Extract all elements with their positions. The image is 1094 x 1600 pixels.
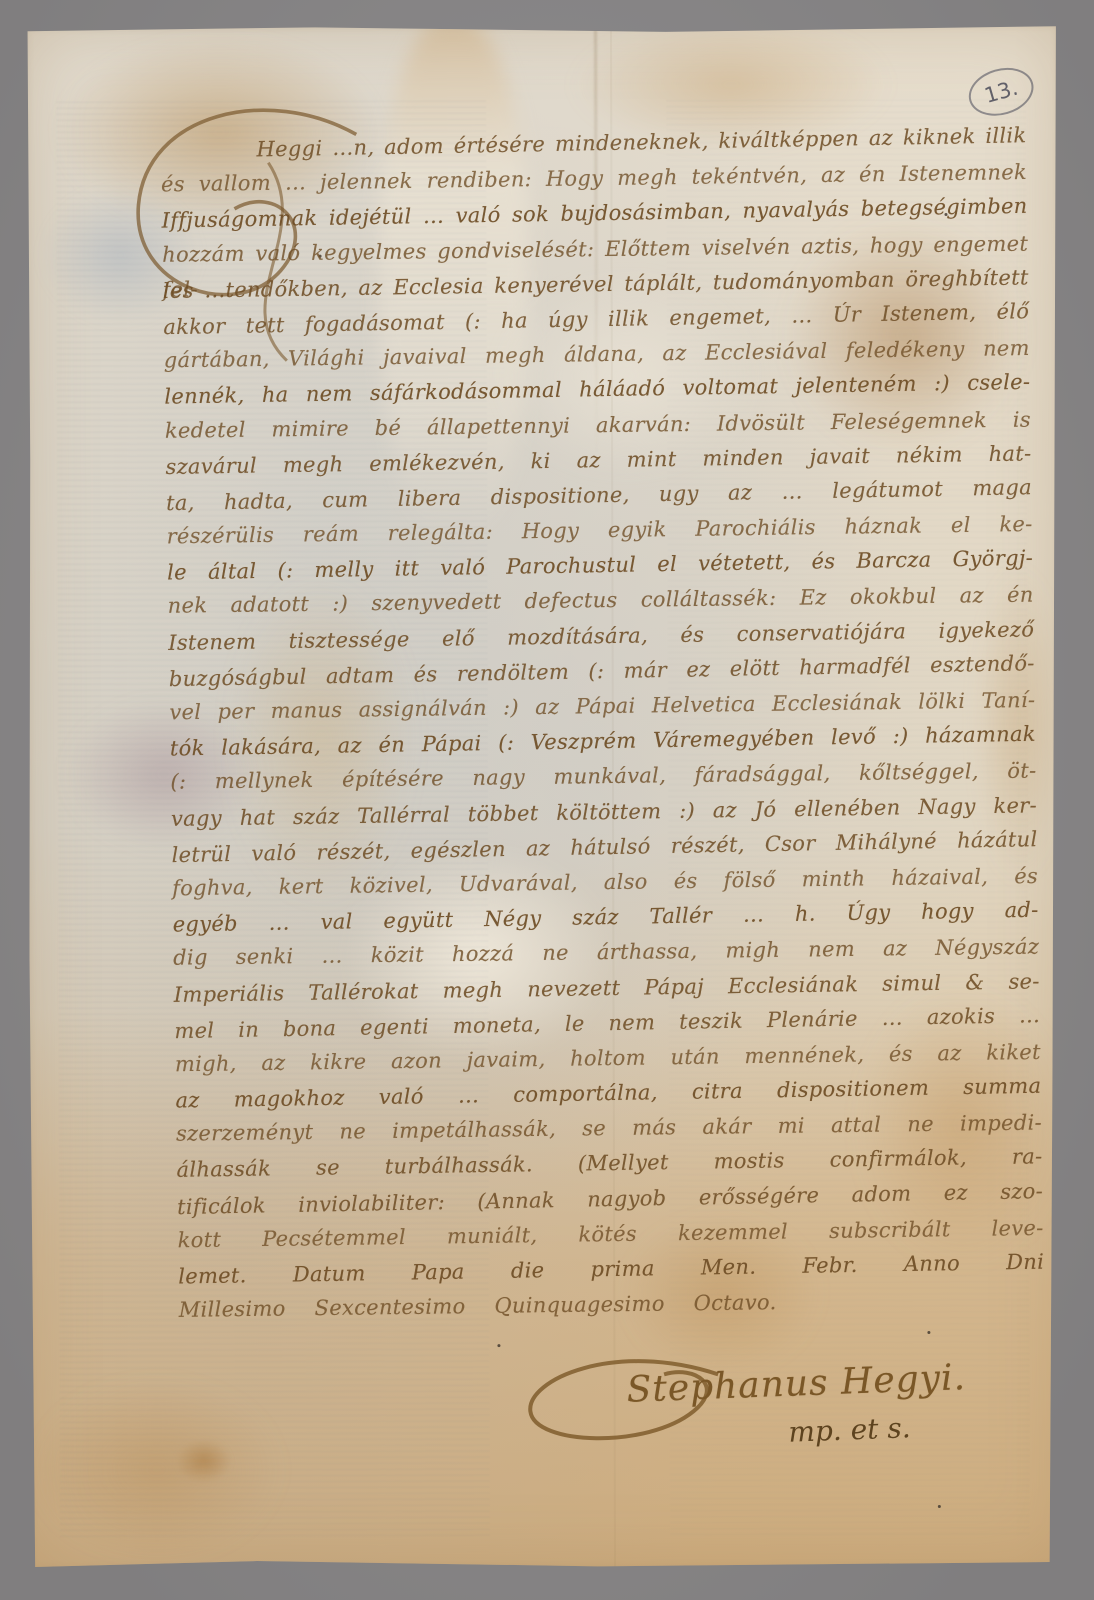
manuscript-page: 13. Heggi …n, adom értésére mindeneknek,… — [26, 25, 1062, 1570]
folio-number: 13. — [982, 76, 1021, 108]
ink-speck — [497, 1344, 500, 1347]
manuscript-line: Millesimo Sexcentesimo Quinquagesimo Oct… — [179, 1284, 879, 1328]
stain — [176, 1439, 232, 1483]
ink-speck — [938, 1505, 941, 1508]
photo-of-manuscript: { "page": { "folio_number": "13.", "colo… — [0, 0, 1094, 1600]
manuscript-text: Heggi …n, adom értésére mindeneknek, kiv… — [160, 119, 1045, 1329]
folio-number-circled: 13. — [963, 61, 1039, 124]
signature-block: Stephanus Hegyi. mp. et s. — [567, 1329, 1032, 1496]
signature-mark: mp. et s. — [788, 1411, 911, 1449]
stain — [32, 1379, 282, 1560]
signature-name: Stephanus Hegyi. — [626, 1357, 967, 1411]
